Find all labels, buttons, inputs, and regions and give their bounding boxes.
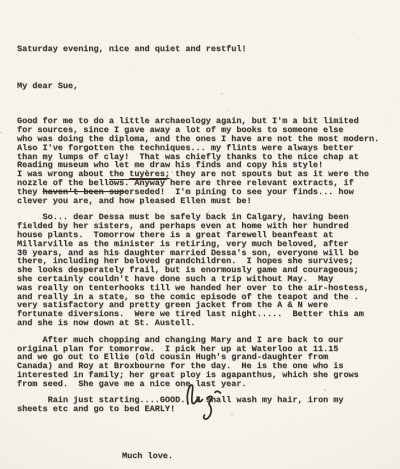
speck [324,389,326,391]
letter-heading: Saturday evening, nice and quiet and res… [17,45,392,54]
speck [295,418,296,419]
signature-stroke-tilde [215,391,221,393]
speck [227,110,228,111]
text-segment: Rain just starting....GOOD. I shall wash… [17,395,343,414]
speck [23,179,25,181]
speck [267,430,268,431]
letter-paragraph: So... dear Dessa must be safely back in … [17,213,392,327]
speck [23,407,25,409]
letter-salutation: My dear Sue, [17,82,392,91]
speck [140,334,142,336]
text-segment-overstrike: Anyway [134,178,165,188]
letter-body: Good for me to do a little archaeology a… [17,117,392,414]
speck [134,70,135,71]
signature-handwriting [182,377,226,425]
speck [32,359,33,360]
letter-closing: Much love. [122,452,392,461]
speck [119,252,121,254]
speck [208,211,210,213]
speck [156,366,157,367]
signature-stroke-z [204,396,212,419]
letter-paragraph: Good for me to do a little archaeology a… [17,117,392,205]
letter-paper: Saturday evening, nice and quiet and res… [0,0,400,469]
signature-stroke-main [187,385,202,404]
speck [337,281,338,282]
text-segment: So... dear Dessa must be safely back in … [17,212,369,328]
speck [386,119,388,121]
speck [231,413,232,414]
speck [171,171,173,173]
speck [119,367,120,368]
